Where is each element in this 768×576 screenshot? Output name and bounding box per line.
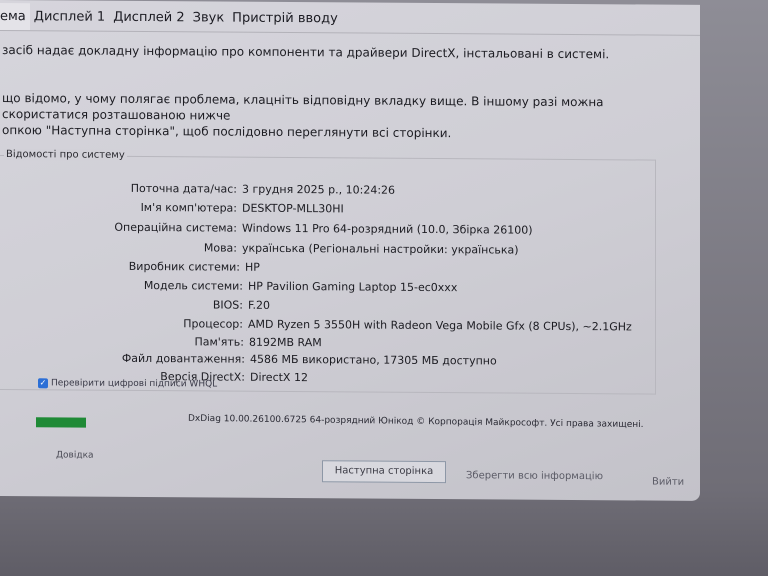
tab-divider xyxy=(0,30,700,36)
info-row: Ім'я комп'ютера:DESKTOP-MLL30HI xyxy=(0,200,640,204)
info-row: Версія DirectX:DirectX 12 xyxy=(0,369,640,373)
info-label: BIOS: xyxy=(213,298,243,311)
info-row: Операційна система:Windows 11 Pro 64-роз… xyxy=(0,220,640,224)
info-row: Пам'ять:8192MB RAM xyxy=(0,334,640,338)
system-info-group: Відомості про систему Поточна дата/час:3… xyxy=(0,155,656,395)
copyright-text: DxDiag 10.00.26100.6725 64-розрядний Юні… xyxy=(188,414,644,430)
info-value: DirectX 12 xyxy=(250,371,308,384)
tab-display-2[interactable]: Дисплей 2 xyxy=(109,5,188,29)
whql-label: Перевірити цифрові підписи WHQL xyxy=(51,378,217,389)
info-value: AMD Ryzen 5 3550H with Radeon Vega Mobil… xyxy=(248,318,632,334)
instructions-line-1: що відомо, у чому полягає проблема, клац… xyxy=(2,90,682,127)
help-button[interactable]: Довідка xyxy=(56,450,94,460)
info-row: Процесор:AMD Ryzen 5 3550H with Radeon V… xyxy=(0,316,640,320)
info-label: Операційна система: xyxy=(114,221,237,235)
next-page-button[interactable]: Наступна сторінка xyxy=(322,460,446,483)
info-label: Модель системи: xyxy=(144,279,243,293)
progress-bar xyxy=(36,417,86,427)
info-row: Поточна дата/час:3 грудня 2025 р., 10:24… xyxy=(0,181,640,185)
info-value: 4586 МБ використано, 17305 МБ доступно xyxy=(250,353,497,368)
tab-bar: ема Дисплей 1 Дисплей 2 Звук Пристрій вв… xyxy=(0,2,342,32)
info-label: Виробник системи: xyxy=(129,260,240,274)
info-row: Модель системи:HP Pavilion Gaming Laptop… xyxy=(0,278,640,282)
tab-input[interactable]: Пристрій вводу xyxy=(228,6,342,30)
info-value: F.20 xyxy=(248,299,270,312)
tab-display-1[interactable]: Дисплей 1 xyxy=(30,5,109,29)
info-label: Процесор: xyxy=(183,317,243,330)
info-row: Мова:українська (Регіональні настройки: … xyxy=(0,240,640,244)
dxdiag-window: ема Дисплей 1 Дисплей 2 Звук Пристрій вв… xyxy=(0,0,700,501)
instructions-text: що відомо, у чому полягає проблема, клац… xyxy=(2,90,682,143)
intro-text: засіб надає докладну інформацію про комп… xyxy=(2,43,609,61)
info-value: HP Pavilion Gaming Laptop 15-ec0xxx xyxy=(248,280,457,294)
progress-fill xyxy=(36,417,86,427)
exit-button[interactable]: Вийти xyxy=(652,477,684,488)
info-label: Ім'я комп'ютера: xyxy=(141,201,237,215)
info-value: українська (Регіональні настройки: украї… xyxy=(242,242,519,257)
info-row: Виробник системи:HP xyxy=(0,259,640,263)
whql-checkbox-row[interactable]: ✓ Перевірити цифрові підписи WHQL xyxy=(38,378,217,389)
info-row: BIOS:F.20 xyxy=(0,297,640,301)
info-value: 3 грудня 2025 р., 10:24:26 xyxy=(242,183,395,197)
save-all-button[interactable]: Зберегти всю інформацію xyxy=(466,470,603,482)
info-label: Поточна дата/час: xyxy=(131,182,237,196)
tab-sound[interactable]: Звук xyxy=(189,6,229,29)
group-title: Відомості про систему xyxy=(4,149,127,161)
info-label: Файл довантаження: xyxy=(122,352,245,366)
tab-system[interactable]: ема xyxy=(0,3,30,30)
info-row: Файл довантаження:4586 МБ використано, 1… xyxy=(0,351,640,355)
whql-checkbox[interactable]: ✓ xyxy=(38,378,48,388)
instructions-line-2: опкою "Наступна сторінка", щоб послідовн… xyxy=(2,122,682,143)
info-label: Мова: xyxy=(204,241,237,254)
info-value: DESKTOP-MLL30HI xyxy=(242,202,344,216)
info-value: HP xyxy=(245,261,260,274)
info-label: Пам'ять: xyxy=(194,335,244,348)
info-value: Windows 11 Pro 64-розрядний (10.0, Збірк… xyxy=(242,222,533,237)
info-value: 8192MB RAM xyxy=(249,336,322,350)
